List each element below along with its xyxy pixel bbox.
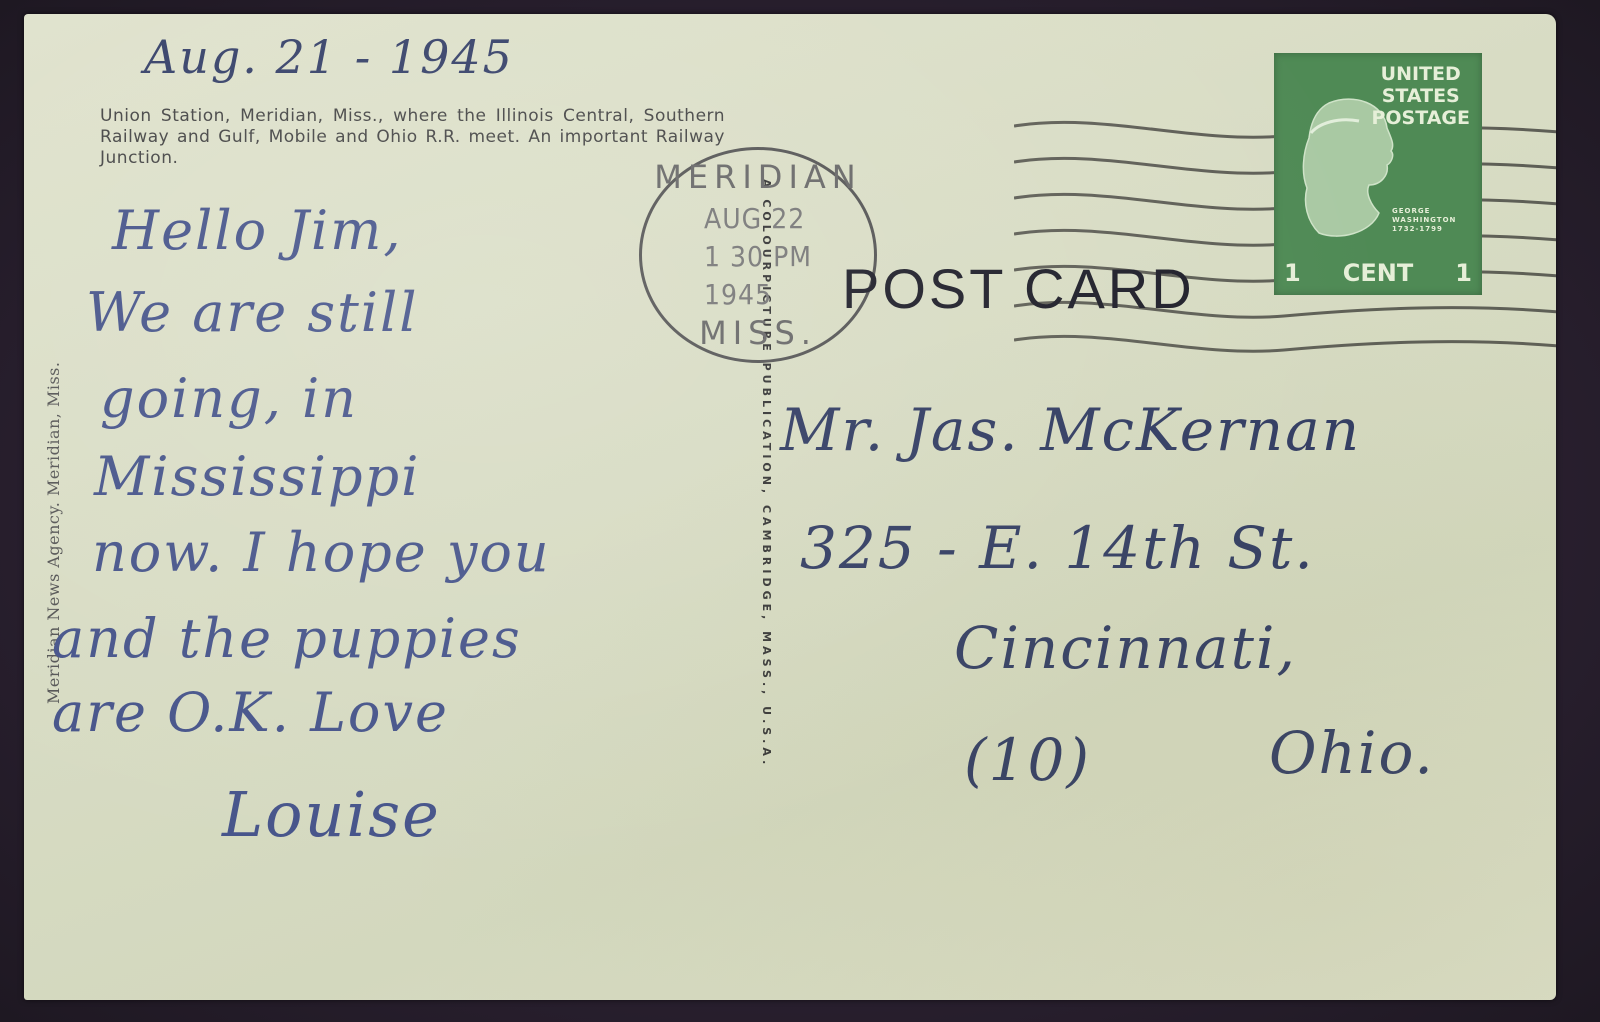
stamp-name-line: WASHINGTON (1392, 216, 1456, 225)
printed-caption: Union Station, Meridian, Miss., where th… (100, 106, 725, 169)
stamp-portrait-caption: GEORGE WASHINGTON 1732-1799 (1392, 207, 1456, 234)
postmark-time: 1 30 PM (704, 238, 812, 276)
message-line: We are still (86, 286, 419, 340)
postmark-year: 1945 (704, 276, 812, 314)
postage-stamp: UNITED STATES POSTAGE GEORGE WASHINGTON … (1274, 53, 1482, 295)
stamp-country: UNITED STATES POSTAGE (1371, 63, 1470, 129)
stamp-country-line: STATES (1371, 85, 1470, 107)
message-line: and the puppies (52, 612, 522, 666)
postmark-date: AUG 22 (704, 200, 812, 238)
message-line: going, in (100, 372, 358, 426)
address-state: Ohio. (1269, 719, 1435, 787)
handwritten-date: Aug. 21 - 1945 (144, 30, 514, 84)
signature: Louise (222, 784, 441, 846)
stamp-country-line: UNITED (1371, 63, 1470, 85)
address-name: Mr. Jas. McKernan (780, 396, 1361, 464)
postcard-back: Aug. 21 - 1945 Union Station, Meridian, … (24, 14, 1556, 1000)
message-line: are O.K. Love (52, 686, 449, 740)
address-street: 325 - E. 14th St. (800, 514, 1315, 582)
stamp-value-left: 1 (1284, 259, 1301, 287)
address-zone: (10) (964, 726, 1091, 794)
postmark-circle: MERIDIAN AUG 22 1 30 PM 1945 MISS. (639, 147, 877, 363)
stamp-years: 1732-1799 (1392, 225, 1456, 234)
stamp-value-right: 1 (1455, 259, 1472, 287)
stamp-value-label: CENT (1343, 259, 1413, 287)
postcard-title: POST CARD (842, 256, 1195, 321)
stamp-country-line: POSTAGE (1371, 107, 1470, 129)
message-line: Hello Jim, (112, 204, 403, 258)
stamp-denomination: 1 CENT 1 (1284, 259, 1472, 287)
stamp-name-line: GEORGE (1392, 207, 1456, 216)
message-line: now. I hope you (92, 526, 551, 580)
postmark-city: MERIDIAN (642, 158, 874, 196)
postmark-datetime: AUG 22 1 30 PM 1945 (704, 200, 812, 314)
message-line: Mississippi (94, 450, 420, 504)
postmark-state: MISS. (642, 314, 874, 352)
address-city: Cincinnati, (954, 614, 1297, 682)
